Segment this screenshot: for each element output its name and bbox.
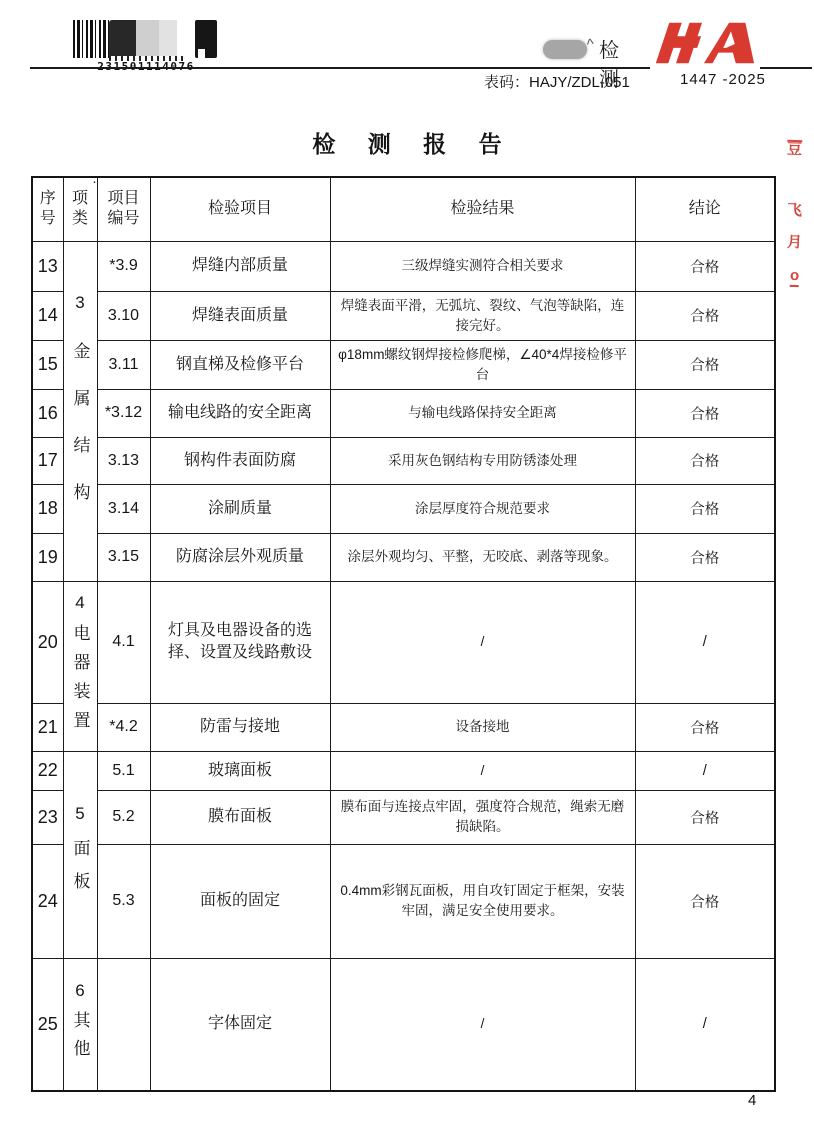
- ha-logo-icon: [650, 21, 756, 65]
- cell-result: 涂层厚度符合规范要求: [330, 484, 635, 533]
- cell-item: 面板的固定: [150, 844, 330, 958]
- cell-result: 与输电线路保持安全距离: [330, 389, 635, 437]
- table-row: 25 6其他 字体固定 / /: [32, 958, 775, 1091]
- cell-seq: 22: [32, 751, 63, 790]
- barcode-gap: [177, 20, 195, 58]
- cell-conclusion: 合格: [635, 790, 775, 844]
- cell-result: 膜布面与连接点牢固，强度符合规范，绳索无磨损缺陷。: [330, 790, 635, 844]
- cell-conclusion: /: [635, 751, 775, 790]
- cell-conclusion: /: [635, 581, 775, 703]
- cell-conclusion: 合格: [635, 389, 775, 437]
- cell-seq: 23: [32, 790, 63, 844]
- cell-item-no: 3.13: [97, 437, 150, 484]
- table-row: 24 5.3 面板的固定 0.4mm彩钢瓦面板，用自攻钉固定于框架，安装牢固，满…: [32, 844, 775, 958]
- cell-result: 采用灰色钢结构专用防锈漆处理: [330, 437, 635, 484]
- red-stamp-fragments: 豆 飞 月 o: [782, 140, 808, 286]
- stamp-mark: o: [790, 267, 800, 286]
- cell-seq: 21: [32, 703, 63, 751]
- cell-conclusion: 合格: [635, 437, 775, 484]
- cell-item: 焊缝表面质量: [150, 291, 330, 340]
- page-number: 4: [748, 1092, 756, 1109]
- inspection-table: 序 号 项 类 项目 编号 检验项目 检验结果 结论 13 3金属结构 *3.9…: [31, 176, 776, 1092]
- cell-item-no: 3.10: [97, 291, 150, 340]
- cell-result: /: [330, 958, 635, 1091]
- cell-item-no: *4.2: [97, 703, 150, 751]
- cell-item: 字体固定: [150, 958, 330, 1091]
- table-row: 15 3.11 钢直梯及检修平台 φ18mm螺纹钢焊接检修爬梯，∠40*4焊接检…: [32, 340, 775, 389]
- cell-item: 防雷与接地: [150, 703, 330, 751]
- cell-seq: 19: [32, 533, 63, 581]
- cell-result: 焊缝表面平滑，无弧坑、裂纹、气泡等缺陷，连接完好。: [330, 291, 635, 340]
- cell-item: 钢构件表面防腐: [150, 437, 330, 484]
- cell-seq: 16: [32, 389, 63, 437]
- cell-item: 输电线路的安全距离: [150, 389, 330, 437]
- table-row: 21 *4.2 防雷与接地 设备接地 合格: [32, 703, 775, 751]
- cell-conclusion: 合格: [635, 291, 775, 340]
- cell-item-no: 3.14: [97, 484, 150, 533]
- cell-seq: 17: [32, 437, 63, 484]
- cell-item-no: *3.12: [97, 389, 150, 437]
- cell-item-no: 3.11: [97, 340, 150, 389]
- table-row: 16 *3.12 输电线路的安全距离 与输电线路保持安全距离 合格: [32, 389, 775, 437]
- table-row: 18 3.14 涂刷质量 涂层厚度符合规范要求 合格: [32, 484, 775, 533]
- redaction-blob: [543, 40, 587, 59]
- cell-result: 涂层外观均匀、平整，无咬底、剥落等现象。: [330, 533, 635, 581]
- cell-item-no: [97, 958, 150, 1091]
- cell-conclusion: 合格: [635, 340, 775, 389]
- cell-seq: 18: [32, 484, 63, 533]
- stamp-mark: 豆: [787, 140, 803, 159]
- cell-item-no: 3.15: [97, 533, 150, 581]
- cell-seq: 24: [32, 844, 63, 958]
- cell-result-text: /: [481, 763, 485, 778]
- cell-seq: 13: [32, 241, 63, 291]
- col-header-conclusion: 结论: [635, 177, 775, 241]
- cell-result: / ·: [330, 751, 635, 790]
- cell-conclusion: 合格: [635, 844, 775, 958]
- cell-category-other: 6其他: [63, 958, 97, 1091]
- table-row: 19 3.15 防腐涂层外观质量 涂层外观均匀、平整，无咬底、剥落等现象。 合格: [32, 533, 775, 581]
- cell-conclusion: 合格: [635, 484, 775, 533]
- col-header-result: 检验结果: [330, 177, 635, 241]
- barcode-block-right: [195, 20, 217, 58]
- table-row: 23 5.2 膜布面板 膜布面与连接点牢固，强度符合规范，绳索无磨损缺陷。 合格: [32, 790, 775, 844]
- cell-conclusion: 合格: [635, 533, 775, 581]
- col-header-item-no: 项目 编号: [97, 177, 150, 241]
- barcode: 231501114076: [73, 20, 219, 73]
- company-name-fragment: ^: [586, 36, 595, 54]
- cell-item: 膜布面板: [150, 790, 330, 844]
- cell-item: 涂刷质量: [150, 484, 330, 533]
- report-page: 231501114076 ^ 检测 表码：HAJY/ZDL-051 1447 -…: [0, 0, 814, 1129]
- cell-category-metal-structure: 3金属结构: [63, 241, 97, 581]
- cell-conclusion: 合格: [635, 703, 775, 751]
- page-title: 检 测 报 告: [0, 126, 814, 159]
- form-code: 表码：HAJY/ZDL-051: [484, 71, 630, 92]
- record-number: 1447 -2025: [680, 71, 766, 88]
- cell-result: 三级焊缝实测符合相关要求: [330, 241, 635, 291]
- table-row: 20 4电器装置 4.1 灯具及电器设备的选择、设置及线路敷设 / /: [32, 581, 775, 703]
- cell-item: 钢直梯及检修平台: [150, 340, 330, 389]
- cell-item-no: 4.1: [97, 581, 150, 703]
- stamp-mark: 飞: [787, 202, 803, 219]
- cell-seq: 14: [32, 291, 63, 340]
- table-row: 17 3.13 钢构件表面防腐 采用灰色钢结构专用防锈漆处理 合格: [32, 437, 775, 484]
- cell-item-no: *3.9: [97, 241, 150, 291]
- cell-item: 灯具及电器设备的选择、设置及线路敷设: [150, 581, 330, 703]
- cell-item: 防腐涂层外观质量: [150, 533, 330, 581]
- cell-result: /: [330, 581, 635, 703]
- cell-item: 玻璃面板: [150, 751, 330, 790]
- table-row: 13 3金属结构 *3.9 焊缝内部质量 三级焊缝实测符合相关要求 合格: [32, 241, 775, 291]
- cell-seq: 20: [32, 581, 63, 703]
- stamp-mark: 月: [787, 235, 803, 252]
- cell-item-no: 5.1: [97, 751, 150, 790]
- col-header-seq: 序 号: [32, 177, 63, 241]
- cell-conclusion: 合格: [635, 241, 775, 291]
- cell-item: 焊缝内部质量: [150, 241, 330, 291]
- barcode-redaction-dark: [109, 20, 136, 58]
- company-logo: [650, 18, 760, 70]
- cell-result: φ18mm螺纹钢焊接检修爬梯，∠40*4焊接检修平台: [330, 340, 635, 389]
- table-row: 22 5面板 5.1 玻璃面板 / · /: [32, 751, 775, 790]
- cell-item-no: 5.2: [97, 790, 150, 844]
- barcode-bars-left: [73, 20, 109, 58]
- cell-conclusion: /: [635, 958, 775, 1091]
- barcode-redaction-light: [159, 20, 177, 58]
- cell-category-panel: 5面板: [63, 751, 97, 958]
- cell-seq: 15: [32, 340, 63, 389]
- barcode-bars: [73, 20, 219, 58]
- barcode-redaction-gray: [136, 20, 159, 58]
- table-row: 14 3.10 焊缝表面质量 焊缝表面平滑，无弧坑、裂纹、气泡等缺陷，连接完好。…: [32, 291, 775, 340]
- cell-category-electrical: 4电器装置: [63, 581, 97, 751]
- table-header-row: 序 号 项 类 项目 编号 检验项目 检验结果 结论: [32, 177, 775, 241]
- cell-item-no: 5.3: [97, 844, 150, 958]
- cell-result: 设备接地: [330, 703, 635, 751]
- barcode-subbars: [109, 56, 185, 61]
- cell-seq: 25: [32, 958, 63, 1091]
- cell-result: 0.4mm彩钢瓦面板，用自攻钉固定于框架，安装牢固，满足安全使用要求。: [330, 844, 635, 958]
- col-header-item: 检验项目: [150, 177, 330, 241]
